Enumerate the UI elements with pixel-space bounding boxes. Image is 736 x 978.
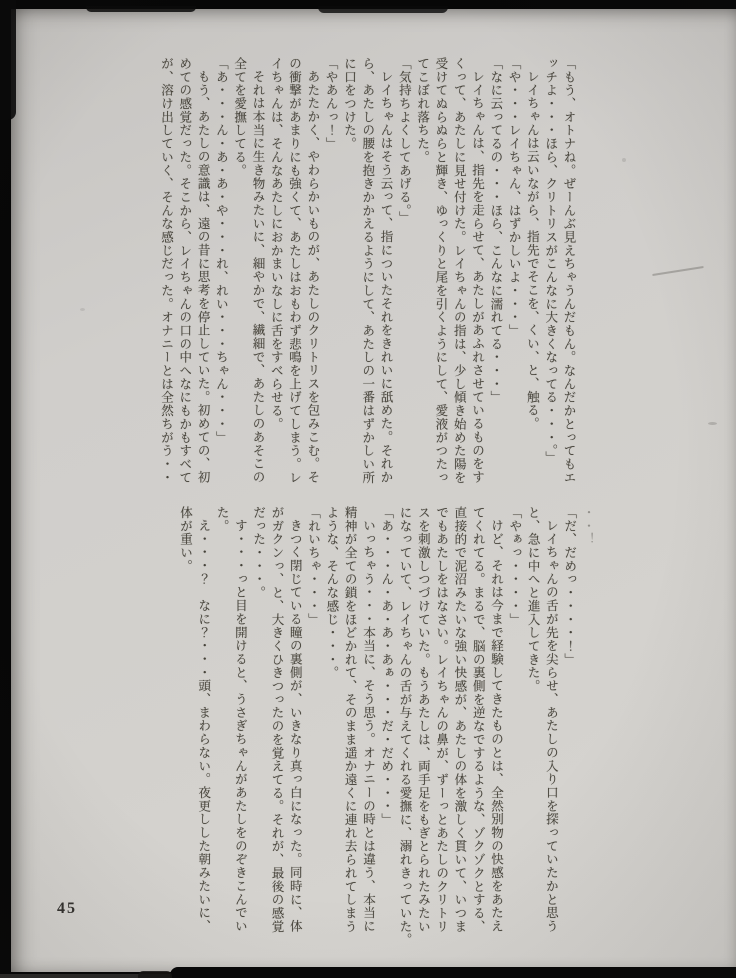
text-column: 直接的で泥沼みたいな強い快感が、あたしの体を激しく貫いて、いつま — [451, 506, 469, 947]
text-column: めての感覚だった。そこから、レイちゃんの口の中へなにもかもすべて — [175, 57, 193, 477]
text-column: くって、あたしに見せ付けた。レイちゃんの指は、少し傾き始めた陽を — [450, 57, 468, 477]
text-column: 精神が全ての鎖をほどかれて、そのまま遥か遠くに連れ去られてしまう — [341, 506, 359, 947]
scan-edge-bottom-notch — [138, 971, 172, 978]
text-column: もう、あたしの意識は、遠の昔に思考を停止していた。初めての、初 — [194, 57, 212, 477]
text-column: 全てを愛撫してる。 — [230, 57, 248, 477]
text-column: 体が重い。 — [176, 506, 194, 947]
text-column: 「あ・・・ん・あ・あ・や・・・れ、れい・・・ちゃん・・・」 — [212, 57, 230, 477]
text-column: 「れいちゃ・・・」 — [304, 506, 322, 947]
scanned-page: 「もう、オトナね。ぜーんぶ見えちゃうんだもん。なんだかとってもエッチよ・・・ほら… — [0, 0, 736, 978]
text-column: てこぼれ落ちた。 — [413, 57, 431, 477]
text-column: 「なに云ってるの・・・ほら、こんなに濡れてる・・・」 — [487, 57, 505, 477]
text-block-bottom: ・・！「だ、だめっ・・・・！」レイちゃんの舌が先を尖らせ、あたしの入り口を探って… — [176, 506, 597, 947]
text-column: がガクンっ、と、大きくひきつったのを覚えてる。それが、最後の感覚 — [268, 506, 286, 947]
text-column: た。 — [213, 506, 231, 947]
text-column: ような、そんな感じ・・・。 — [323, 506, 341, 947]
text-column: きつく閉じている瞳の裏側が、いきなり真っ白になった。同時に、体 — [286, 506, 304, 947]
text-column: イちゃんは、そんなあたしにおかまいなしに舌をすべらせる。 — [267, 57, 285, 477]
text-column: 「あ・・・ん・あ・あ・あぁ・・・だ・だめ・・・」 — [377, 506, 395, 947]
text-column: 「だ、だめっ・・・・！」 — [560, 506, 578, 947]
text-column: あたたかく、やわらかいものが、あたしのクリトリスを包みこむ。そ — [304, 57, 322, 477]
text-column: 「やぁっ・・・・」 — [506, 506, 524, 947]
text-column: レイちゃんは云いながら、指先でそこを、くい、と、触る。 — [523, 57, 541, 477]
text-column: けど、それは今まで経験してきたものとは、全然別物の快感をあたえ — [487, 506, 505, 947]
text-column: でもあたしをはなさい。レイちゃんの鼻が、ずーっとあたしのクリトリ — [432, 506, 450, 947]
text-column: スを刺激しつづけていた。もうあたしは、両手足をもぎとられたみたい — [414, 506, 432, 947]
text-column: 「もう、オトナね。ぜーんぶ見えちゃうんだもん。なんだかとってもエ — [560, 57, 578, 477]
text-column: が、溶け出していく、そんな感じだった。オナニーとは全然ちがう・・ — [157, 57, 175, 477]
scan-edge-left-corner — [0, 0, 16, 120]
scan-edge-bottom — [170, 967, 736, 978]
text-column: に口をつけた。 — [340, 57, 358, 477]
text-column: 受けてぬらぬらと輝き、ゆっくりと尾を引くようにして、愛液がつたっ — [432, 57, 450, 477]
text-column: レイちゃんは、指先を走らせて、あたしがあふれさせているものをす — [468, 57, 486, 477]
text-column: え・・・？ なに？・・・頭、まわらない。夜更しした朝みたいに、 — [194, 506, 212, 947]
page-number: 45 — [57, 900, 77, 918]
text-column: いっちゃう・・・本当に、そう思う。オナニーの時とは違う、本当に — [359, 506, 377, 947]
scan-scratch-artifact — [652, 266, 704, 276]
text-column: 「や・・・レイちゃん、はずかしいよ・・・」 — [505, 57, 523, 477]
text-column: 「やあんっ！」 — [322, 57, 340, 477]
scan-speck — [622, 158, 626, 162]
text-column: だった・・・。 — [249, 506, 267, 947]
text-column: ・・！ — [579, 506, 597, 947]
text-column: ら、あたしの腰を抱きかかえるようにして、あたしの一番はずかしい所 — [358, 57, 376, 477]
scan-speck — [80, 308, 85, 311]
text-column: の衝撃があまりにも強くて、あたしはおもわず悲鳴を上げてしまう。レ — [285, 57, 303, 477]
text-column: それは本当に生き物みたいに、細やかで、繊細で、あたしのあそこの — [249, 57, 267, 477]
text-column: ッチよ・・・ほら、クリトリスがこんなに大きくなってる・・・。」 — [541, 57, 559, 477]
scan-speck — [708, 422, 717, 425]
text-column: になっていて、レイちゃんの舌が与えてくれる愛撫に、溺れきっていた。 — [396, 506, 414, 947]
text-block-top: 「もう、オトナね。ぜーんぶ見えちゃうんだもん。なんだかとってもエッチよ・・・ほら… — [157, 57, 578, 477]
scan-edge-top-bump — [86, 6, 196, 12]
text-column: す・・・っと目を開けると、うさぎちゃんがあたしをのぞきこんでい — [231, 506, 249, 947]
text-column: と、急に中へと進入してきた。 — [524, 506, 542, 947]
text-column: レイちゃんはそう云って、指についたそれをきれいに舐めた。それか — [377, 57, 395, 477]
text-column: 「気持ちよくしてあげる。」 — [395, 57, 413, 477]
paper: 「もう、オトナね。ぜーんぶ見えちゃうんだもん。なんだかとってもエッチよ・・・ほら… — [10, 8, 736, 972]
text-column: レイちゃんの舌が先を尖らせ、あたしの入り口を探っていたかと思う — [542, 506, 560, 947]
scan-edge-left — [0, 0, 11, 978]
scan-edge-top-bump — [318, 6, 448, 13]
text-column: てくれてる。まるで、脳の裏側を逆なでするような、ゾクゾクとする、 — [469, 506, 487, 947]
